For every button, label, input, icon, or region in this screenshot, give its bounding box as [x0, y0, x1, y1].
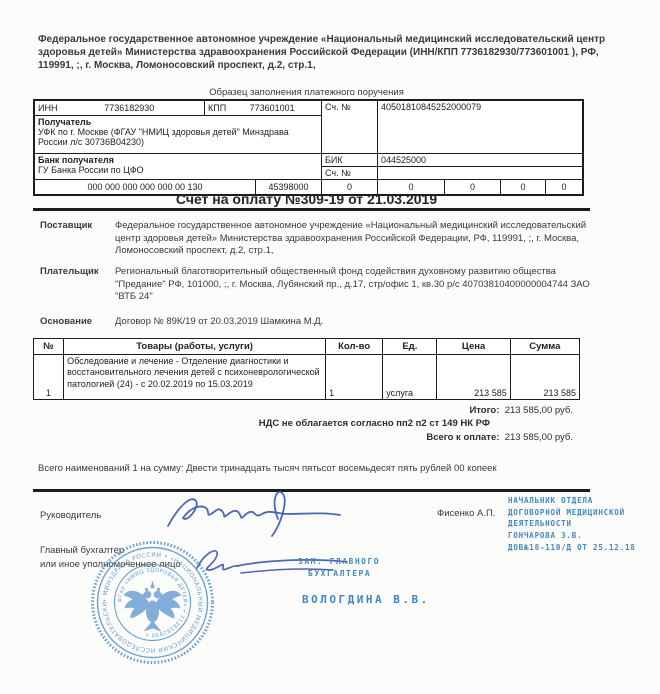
item-sum: 213 585 — [510, 355, 579, 400]
item-price: 213 585 — [437, 355, 510, 400]
bik-value-cell: 044525000 — [378, 154, 582, 167]
total-due-line: Всего к оплате: 213 585,00 руб. — [426, 432, 573, 443]
invoice-document: { "header": { "org_text": "Федеральное г… — [0, 0, 660, 694]
head-signature-name: Фисенко А.П. — [437, 508, 495, 519]
payment-requisites-table: ИНН 7736182930 КПП 773601001 Сч. № 40501… — [33, 99, 584, 196]
stamp-line: БУХГАЛТЕРА — [298, 568, 380, 580]
recipient-cell: Получатель УФК по г. Москве (ФГАУ "НМИЦ … — [35, 116, 322, 154]
payer-text: Региональный благотворительный обществен… — [115, 266, 593, 304]
stamp-line: ГОНЧАРОВА З.В. — [508, 530, 636, 542]
inn-label: ИНН — [38, 103, 57, 113]
col-qty: Кол-во — [326, 339, 383, 355]
item-num: 1 — [34, 355, 64, 400]
payment-order-sample-label: Образец заполнения платежного поручения — [33, 87, 580, 98]
bank-value: ГУ Банка России по ЦФО — [38, 165, 318, 175]
total-due-value: 213 585,00 руб. — [505, 432, 573, 443]
itogo-label: Итого: — [469, 405, 499, 416]
org-header-text: Федеральное государственное автономное у… — [38, 33, 616, 72]
head-stamp-text: НАЧАЛЬНИК ОТДЕЛА ДОГОВОРНОЙ МЕДИЦИНСКОЙ … — [508, 495, 636, 553]
kpp-label: КПП — [208, 103, 226, 113]
recipient-value: УФК по г. Москве (ФГАУ "НМИЦ здоровья де… — [38, 127, 318, 147]
table-row: 1 Обследование и лечение - Отделение диа… — [34, 355, 580, 400]
account-label-cell: Сч. № — [322, 101, 378, 154]
item-description: Обследование и лечение - Отделение диагн… — [64, 355, 326, 400]
stamp-line: ДОВ№18-110/Д ОТ 25.12.18 — [508, 542, 636, 554]
amount-in-words: Всего наименований 1 на сумму: Двести тр… — [38, 463, 618, 474]
basis-text: Договор № 89К/19 от 20.03.2019 Шамкина М… — [115, 316, 593, 329]
itogo-value: 213 585,00 руб. — [505, 405, 573, 416]
deputy-accountant-stamp: ЗАМ. ГЛАВНОГО БУХГАЛТЕРА — [298, 556, 380, 580]
title-divider — [33, 208, 590, 211]
nds-line: НДС не облагается согласно пп2 п2 ст 149… — [259, 418, 490, 429]
payer-label: Плательщик — [40, 266, 112, 277]
head-signature-ink — [160, 486, 350, 538]
kpp-cell: КПП 773601001 — [205, 101, 322, 116]
supplier-label: Поставщик — [40, 220, 112, 231]
account-value-cell: 40501810845252000079 — [378, 101, 582, 154]
bik-label-cell: БИК — [322, 154, 378, 167]
col-goods: Товары (работы, услуги) — [64, 339, 326, 355]
bank-cell: Банк получателя ГУ Банка России по ЦФО — [35, 154, 322, 180]
invoice-title: Счет на оплату №309-19 от 21.03.2019 — [33, 191, 580, 207]
col-price: Цена — [437, 339, 510, 355]
col-sum: Сумма — [510, 339, 579, 355]
items-header-row: № Товары (работы, услуги) Кол-во Ед. Цен… — [34, 339, 580, 355]
deputy-accountant-name-stamp: ВОЛОГДИНА В.В. — [302, 593, 430, 606]
item-unit: услуга — [383, 355, 437, 400]
head-signature-label: Руководитель — [40, 510, 101, 521]
inn-cell: ИНН 7736182930 — [35, 101, 205, 116]
stamp-line: ЗАМ. ГЛАВНОГО — [298, 556, 380, 568]
total-due-label: Всего к оплате: — [426, 432, 499, 443]
corr-account-label-cell: Сч. № — [322, 167, 378, 180]
total-itogo-line: Итого: 213 585,00 руб. — [469, 405, 573, 416]
col-num: № — [34, 339, 64, 355]
recipient-label: Получатель — [38, 117, 318, 127]
stamp-line: НАЧАЛЬНИК ОТДЕЛА — [508, 495, 636, 507]
items-table: № Товары (работы, услуги) Кол-во Ед. Цен… — [33, 338, 580, 400]
item-qty: 1 — [326, 355, 383, 400]
corr-account-value-cell — [378, 167, 582, 180]
supplier-text: Федеральное государственное автономное у… — [115, 220, 593, 258]
kpp-value: 773601001 — [226, 103, 318, 113]
bank-label: Банк получателя — [38, 155, 318, 165]
stamp-line: ДЕЯТЕЛЬНОСТИ — [508, 518, 636, 530]
col-unit: Ед. — [383, 339, 437, 355]
stamp-line: ДОГОВОРНОЙ МЕДИЦИНСКОЙ — [508, 507, 636, 519]
basis-label: Основание — [40, 316, 112, 327]
inn-value: 7736182930 — [57, 103, 201, 113]
